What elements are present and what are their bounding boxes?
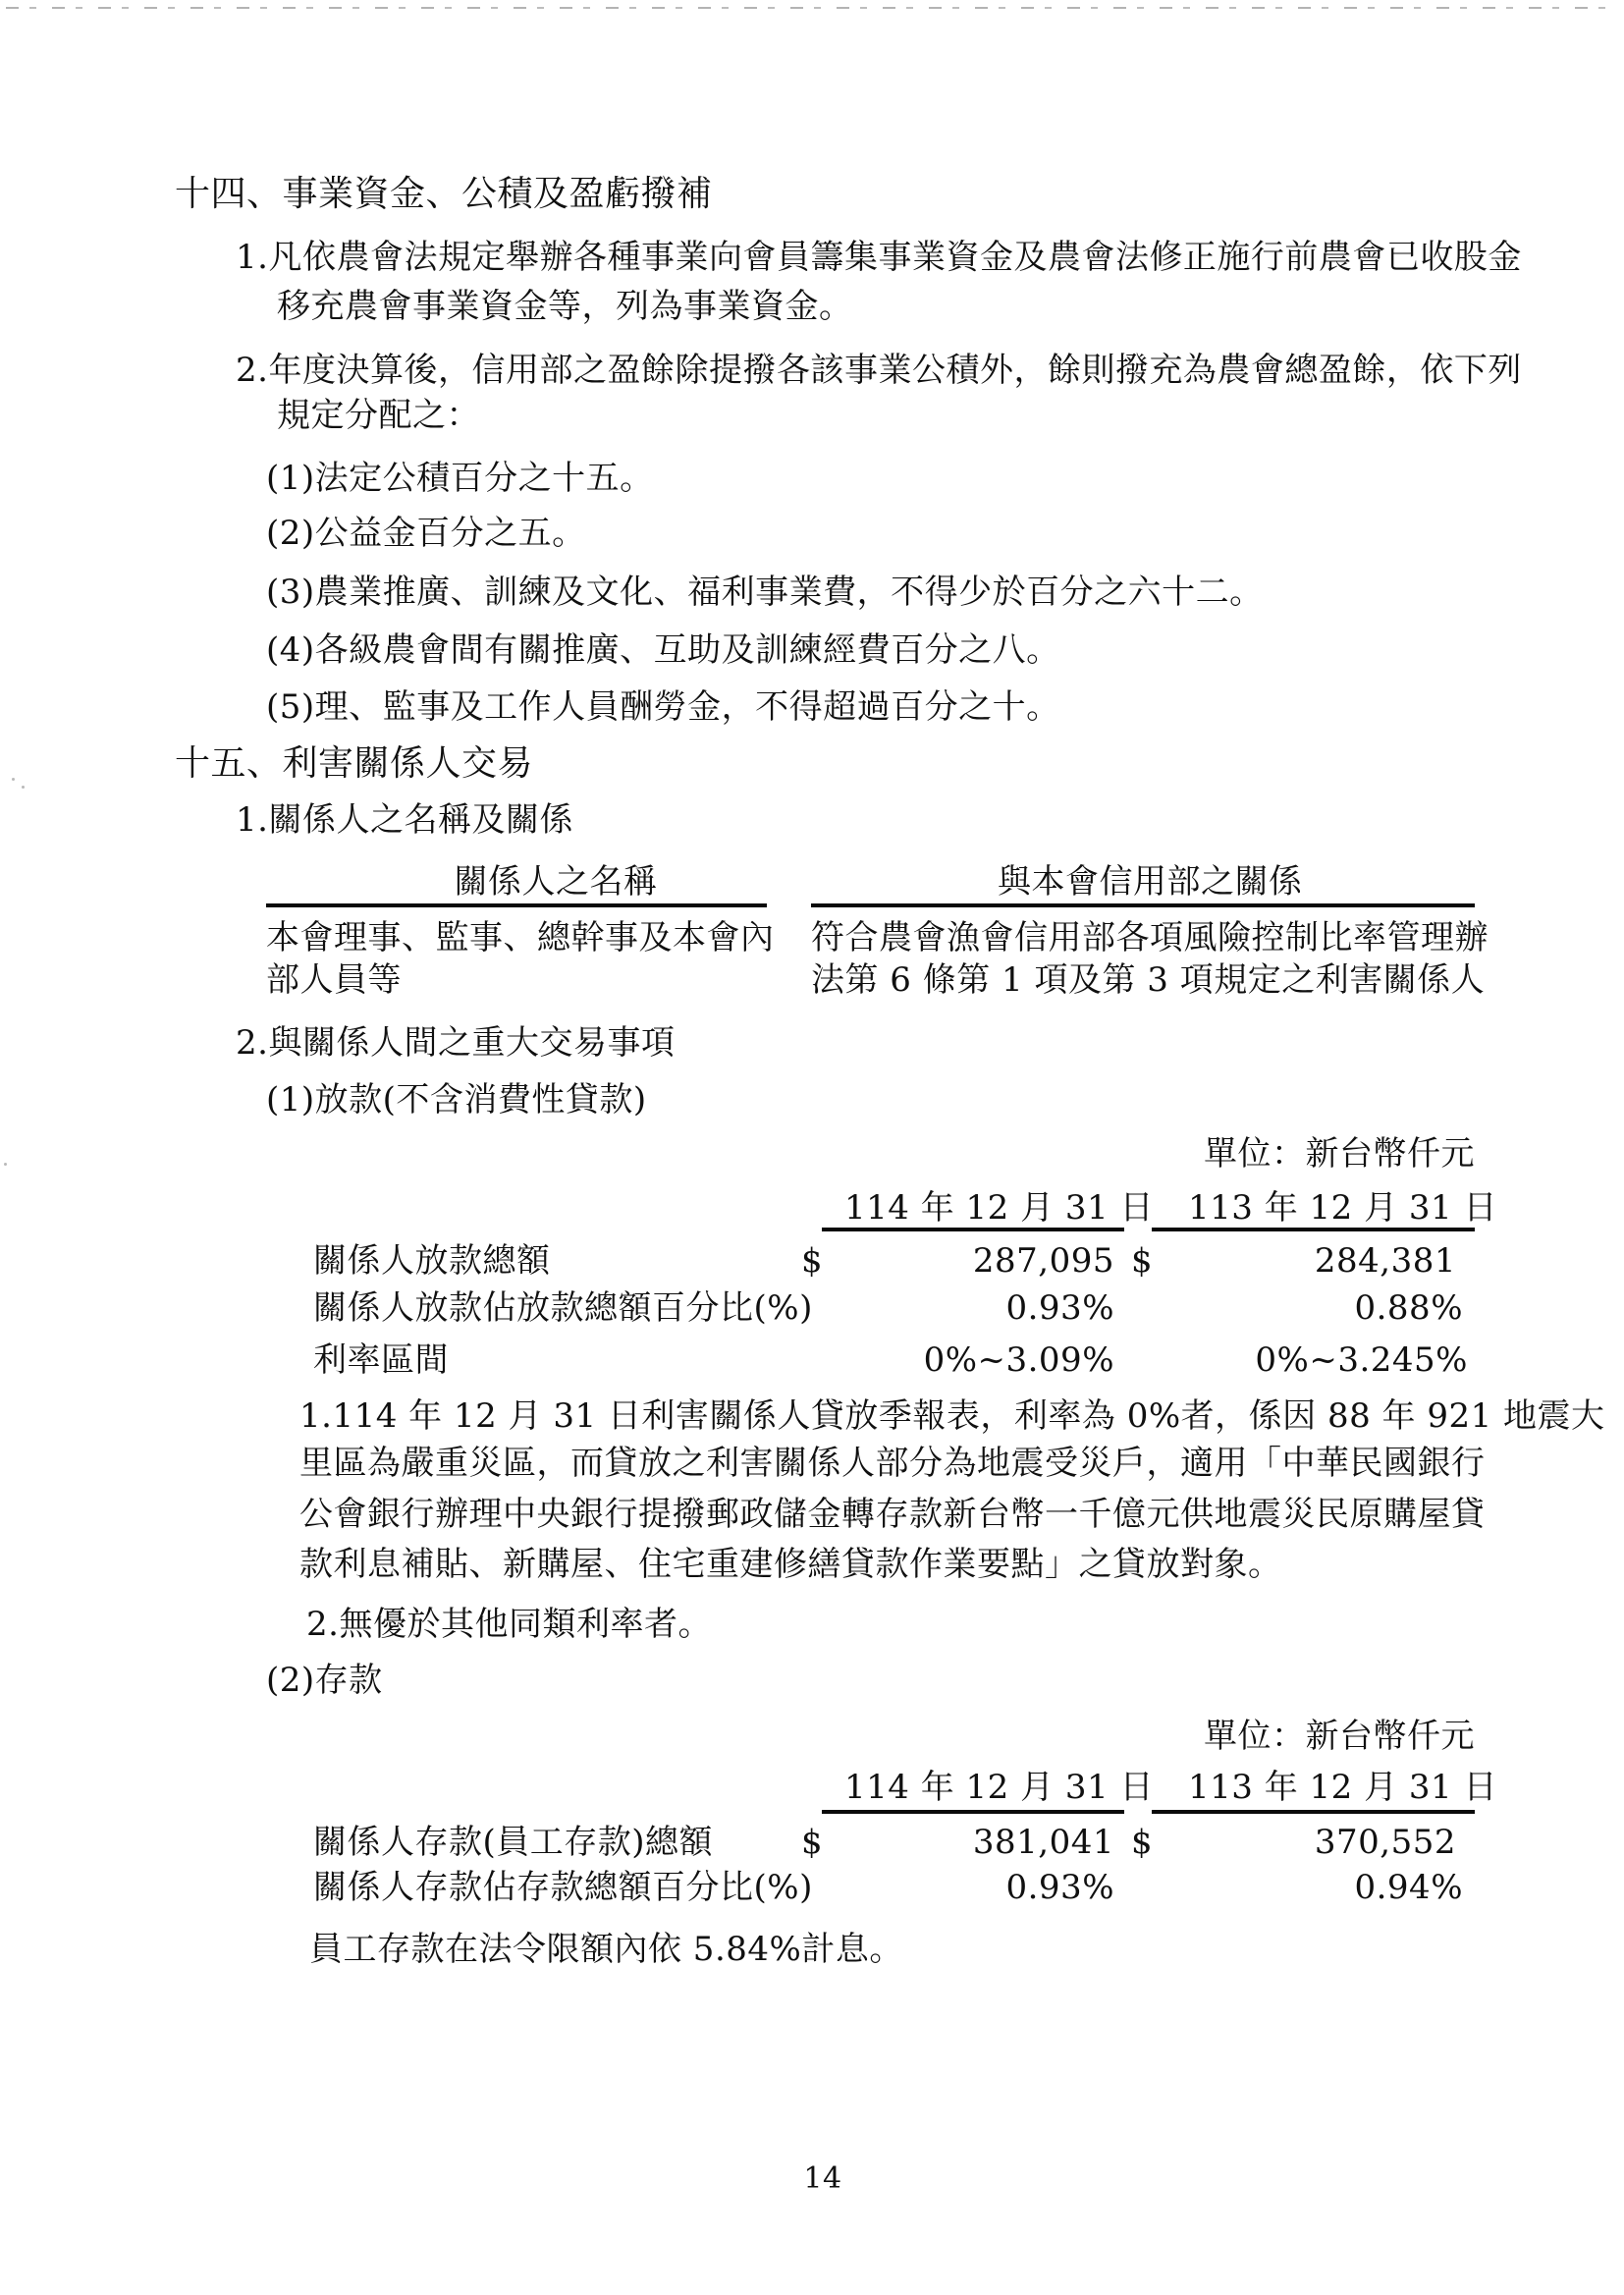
section-14-item1-line2: 移充農會事業資金等，列為事業資金。 — [277, 285, 853, 328]
deposits-col2-header-rule — [1152, 1810, 1475, 1814]
section-14-item2-line2: 規定分配之： — [277, 394, 480, 437]
loans-row1-value2: 284,381 — [1159, 1239, 1456, 1283]
loans-row1-currency2: $ — [1131, 1239, 1153, 1283]
deposits-title: (2)存款 — [266, 1659, 383, 1702]
section-14-item1-line1: 1.凡依農會法規定舉辦各種事業向會員籌集事業資金及農會法修正施行前農會已收股金 — [236, 236, 1522, 279]
deposits-row1-label: 關係人存款(員工存款)總額 — [313, 1821, 713, 1864]
loans-title: (1)放款(不含消費性貸款) — [266, 1078, 647, 1121]
section-14-subitem-3: (3)農業推廣、訓練及文化、福利事業費，不得少於百分之六十二。 — [266, 571, 1264, 614]
deposits-col1-header-rule — [822, 1810, 1124, 1814]
deposits-unit-label: 單位：新台幣仟元 — [1080, 1715, 1475, 1758]
loans-row3-value1: 0%~3.09% — [844, 1339, 1114, 1382]
names-table-col1-line2: 部人員等 — [266, 958, 402, 1002]
loans-col2-date-header: 113 年 12 月 31 日 — [1188, 1186, 1473, 1229]
loans-note1-line3: 公會銀行辦理中央銀行提撥郵政儲金轉存款新台幣一千億元供地震災民原購屋貸 — [299, 1493, 1486, 1536]
loans-col2-header-rule — [1152, 1228, 1475, 1231]
loans-col1-date-header: 114 年 12 月 31 日 — [844, 1186, 1124, 1229]
scan-artifact-top-dashes — [6, 7, 1618, 9]
deposits-row1-value1: 381,041 — [844, 1821, 1114, 1864]
section-15-item1-heading: 1.關係人之名稱及關係 — [236, 798, 573, 842]
loans-row3-value2: 0%~3.245% — [1159, 1339, 1468, 1382]
deposits-row2-label: 關係人存款佔存款總額百分比(%) — [313, 1866, 813, 1909]
section-14-subitem-5: (5)理、監事及工作人員酬勞金，不得超過百分之十。 — [266, 685, 1060, 729]
names-table-col2-header-rule — [811, 903, 1475, 907]
scan-speck — [4, 1163, 7, 1166]
deposits-row2-value2: 0.94% — [1159, 1866, 1463, 1909]
deposits-row1-currency1: $ — [801, 1821, 823, 1864]
section-15-item2-heading: 2.與關係人間之重大交易事項 — [236, 1021, 675, 1065]
section-14-heading: 十四、事業資金、公積及盈虧撥補 — [175, 173, 713, 216]
names-table-col1-header: 關係人之名稱 — [418, 860, 693, 903]
loans-row2-value1: 0.93% — [844, 1286, 1114, 1330]
names-table-col1-line1: 本會理事、監事、總幹事及本會內 — [266, 916, 775, 959]
loans-unit-label: 單位：新台幣仟元 — [1080, 1132, 1475, 1175]
deposits-note: 員工存款在法令限額內依 5.84%計息。 — [309, 1928, 903, 1971]
loans-row2-value2: 0.88% — [1159, 1286, 1463, 1330]
loans-row3-label: 利率區間 — [313, 1339, 449, 1382]
names-table-col2-line2: 法第 6 條第 1 項及第 3 項規定之利害關係人 — [811, 958, 1485, 1002]
loans-col1-header-rule — [822, 1228, 1124, 1231]
loans-row2-label: 關係人放款佔放款總額百分比(%) — [313, 1286, 813, 1330]
section-14-item2-line1: 2.年度決算後，信用部之盈餘除提撥各該事業公積外，餘則撥充為農會總盈餘，依下列 — [236, 349, 1522, 392]
deposits-row2-value1: 0.93% — [844, 1866, 1114, 1909]
section-14-subitem-1: (1)法定公積百分之十五。 — [266, 457, 654, 500]
page-number: 14 — [774, 2158, 872, 2201]
loans-note2: 2.無優於其他同類利率者。 — [306, 1603, 712, 1646]
names-table-col2-header: 與本會信用部之關係 — [998, 860, 1292, 903]
names-table-col1-header-rule — [266, 903, 767, 907]
document-page: 十四、事業資金、公積及盈虧撥補 1.凡依農會法規定舉辦各種事業向會員籌集事業資金… — [0, 0, 1624, 2295]
scan-speck — [22, 786, 25, 789]
loans-note1-line1: 1.114 年 12 月 31 日利害關係人貸放季報表，利率為 0%者，係因 8… — [299, 1394, 1605, 1438]
loans-note1-line2: 里區為嚴重災區，而貸放之利害關係人部分為地震受災戶，適用「中華民國銀行 — [299, 1442, 1486, 1485]
deposits-row1-value2: 370,552 — [1159, 1821, 1456, 1864]
names-table-col2-line1: 符合農會漁會信用部各項風險控制比率管理辦 — [811, 916, 1489, 959]
loans-note1-line4: 款利息補貼、新購屋、住宅重建修繕貸款作業要點」之貸放對象。 — [299, 1543, 1282, 1586]
scan-speck — [12, 778, 15, 781]
section-15-heading: 十五、利害關係人交易 — [175, 742, 533, 786]
loans-row1-currency1: $ — [801, 1239, 823, 1283]
deposits-col1-date-header: 114 年 12 月 31 日 — [844, 1766, 1124, 1809]
deposits-col2-date-header: 113 年 12 月 31 日 — [1188, 1766, 1473, 1809]
loans-row1-label: 關係人放款總額 — [313, 1239, 551, 1283]
loans-row1-value1: 287,095 — [844, 1239, 1114, 1283]
section-14-subitem-4: (4)各級農會間有關推廣、互助及訓練經費百分之八。 — [266, 628, 1060, 672]
section-14-subitem-2: (2)公益金百分之五。 — [266, 512, 586, 555]
deposits-row1-currency2: $ — [1131, 1821, 1153, 1864]
